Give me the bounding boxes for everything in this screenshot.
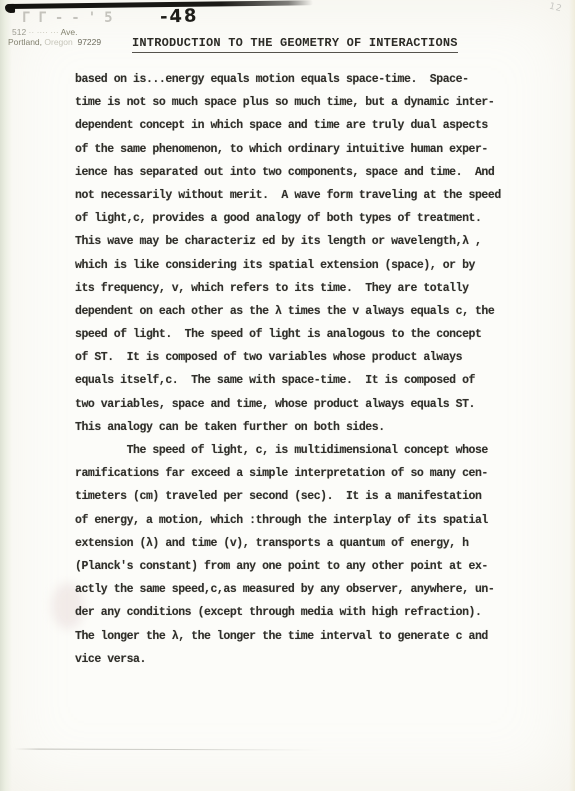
text-line: vice versa.	[75, 648, 515, 671]
stamp-zip: 97229	[77, 37, 101, 47]
text-line: not necessarily without merit. A wave fo…	[75, 184, 515, 207]
stamp-state: Oregon	[42, 37, 77, 47]
text-line: speed of light. The speed of light is an…	[75, 323, 515, 346]
text-line: dependent on each other as the λ times t…	[75, 300, 515, 323]
text-line: of ST. It is composed of two variables w…	[75, 346, 515, 369]
page-title: INTRODUCTION TO THE GEOMETRY OF INTERACT…	[132, 36, 458, 53]
text-line: which is like considering its spatial ex…	[75, 254, 515, 277]
handwritten-code: -48	[160, 5, 199, 27]
text-line: extension (λ) and time (v), transports a…	[75, 532, 515, 555]
text-line: ramifications far exceed a simple interp…	[75, 462, 515, 485]
text-line: its frequency, v, which refers to its ti…	[75, 277, 515, 300]
street-suffix: Ave.	[61, 27, 78, 37]
paper-crease	[14, 748, 324, 750]
text-line: based on is...energy equals motion equal…	[75, 68, 515, 91]
scanned-page: 12 ΓΓ--'5 -48 512 ·· ···· ··· Ave. Portl…	[0, 0, 575, 791]
text-line: of energy, a motion, which :through the …	[75, 509, 515, 532]
text-line: This analogy can be taken further on bot…	[75, 416, 515, 439]
text-line: dependent concept in which space and tim…	[75, 114, 515, 137]
text-line: actly the same speed,c,as measured by an…	[75, 578, 515, 601]
text-line: This wave may be characteriz ed by its l…	[75, 230, 515, 253]
stamp-city: Portland,	[8, 37, 42, 47]
street-faded: ·· ···· ···	[26, 27, 60, 37]
text-line: equals itself,c. The same with space-tim…	[75, 369, 515, 392]
whited-out-name: ΓΓ--'5	[22, 10, 121, 26]
text-line: of light,c, provides a good analogy of b…	[75, 207, 515, 230]
stamp-street-line: 512 ·· ···· ··· Ave.	[12, 27, 78, 37]
stamp-city-line: Portland, Oregon 97229	[8, 37, 101, 47]
scan-right-edge	[569, 0, 575, 791]
faint-page-number: 12	[548, 2, 563, 15]
text-line: time is not so much space plus so much t…	[75, 91, 515, 114]
text-line: timeters (cm) traveled per second (sec).…	[75, 485, 515, 508]
text-line: The speed of light, c, is multidimension…	[75, 439, 515, 462]
text-line: (Planck's constant) from any one point t…	[75, 555, 515, 578]
text-line: ience has separated out into two compone…	[75, 161, 515, 184]
text-line: The longer the λ, the longer the time in…	[75, 625, 515, 648]
street-number: 512	[12, 27, 26, 37]
text-line: two variables, space and time, whose pro…	[75, 393, 515, 416]
text-line: of the same phenomenon, to which ordinar…	[75, 138, 515, 161]
scan-left-edge	[0, 0, 12, 791]
typewritten-body: based on is...energy equals motion equal…	[75, 68, 515, 671]
text-line: der any conditions (except through media…	[75, 601, 515, 624]
